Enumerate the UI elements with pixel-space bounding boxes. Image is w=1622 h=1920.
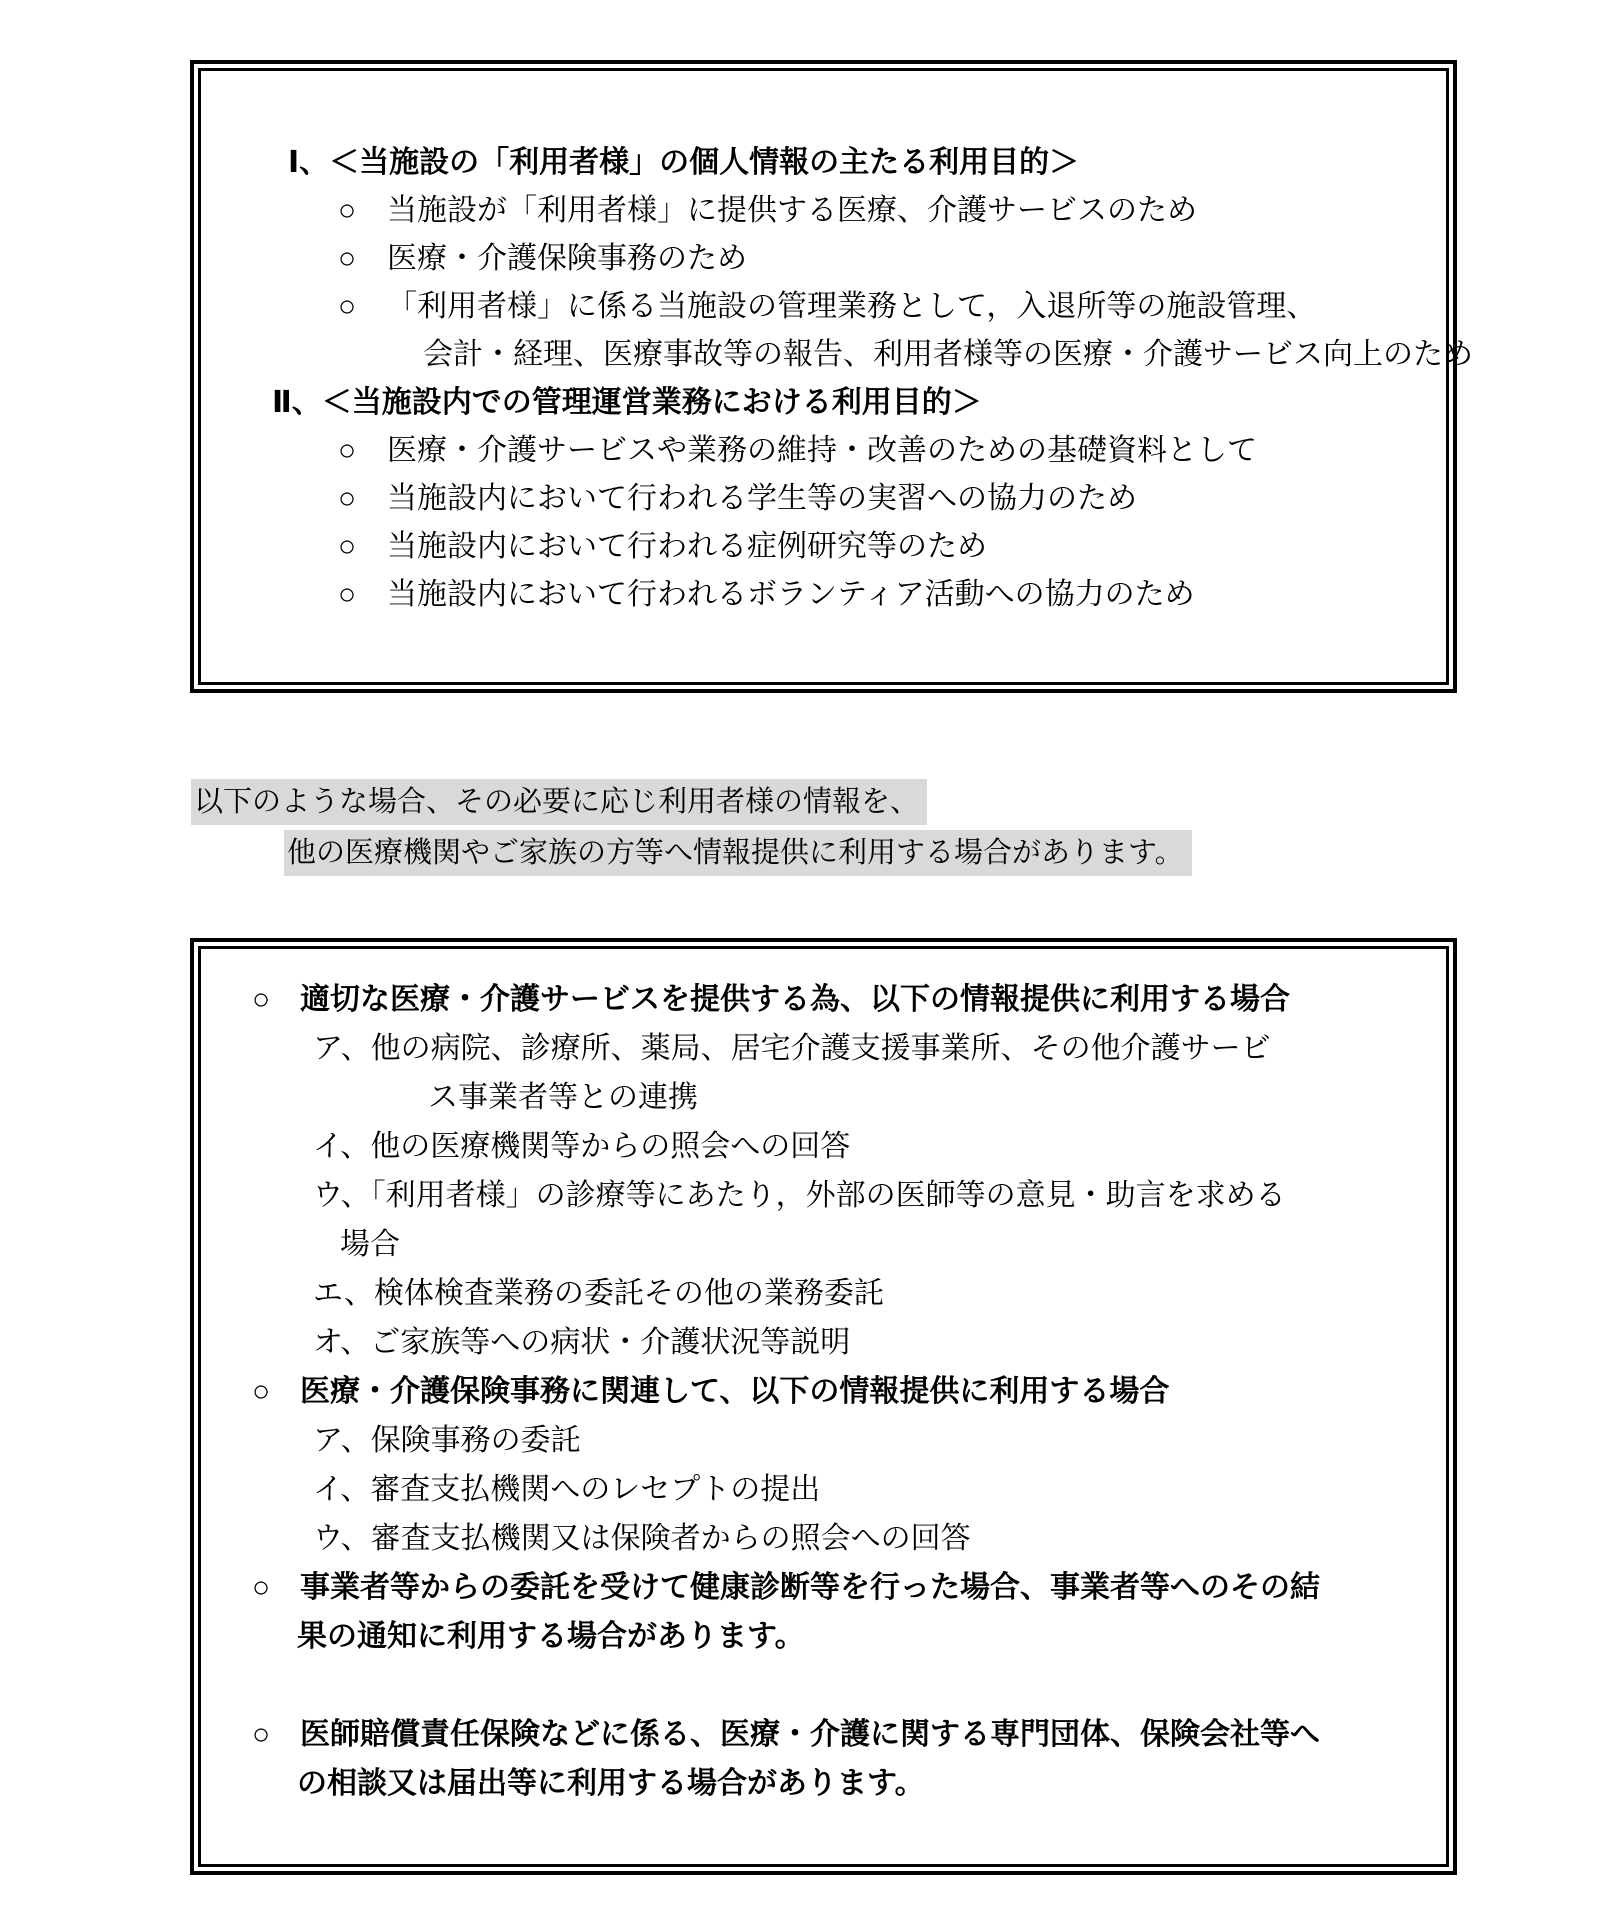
sub-item: ア、他の病院、診療所、薬局、居宅介護支援事業所、その他介護サービ bbox=[201, 1024, 1446, 1073]
circle-bullet-icon: ○ bbox=[252, 1563, 300, 1612]
section-1-heading-text: Ⅰ、＜当施設の「利用者様」の個人情報の主たる利用目的＞ bbox=[288, 146, 1079, 179]
circle-bullet-icon: ○ bbox=[338, 475, 387, 523]
information-provision-content: ○適切な医療・介護サービスを提供する為、以下の情報提供に利用する場合 ア、他の病… bbox=[201, 949, 1446, 1864]
group-3-continuation-text: 果の通知に利用する場合があります。 bbox=[297, 1620, 805, 1653]
usage-purpose-content: Ⅰ、＜当施設の「利用者様」の個人情報の主たる利用目的＞ ○当施設が「利用者様」に… bbox=[201, 71, 1446, 682]
usage-purpose-box-inner-border: Ⅰ、＜当施設の「利用者様」の個人情報の主たる利用目的＞ ○当施設が「利用者様」に… bbox=[198, 68, 1449, 685]
list-item-text: 当施設内において行われるボランティア活動への協力のため bbox=[387, 578, 1195, 611]
list-item-text: 医療・介護サービスや業務の維持・改善のための基礎資料として bbox=[387, 434, 1257, 467]
group-2-title: ○医療・介護保険事務に関連して、以下の情報提供に利用する場合 bbox=[201, 1367, 1446, 1416]
section-1-heading: Ⅰ、＜当施設の「利用者様」の個人情報の主たる利用目的＞ bbox=[201, 139, 1446, 187]
section-2-heading-text: Ⅱ、＜当施設内での管理運営業務における利用目的＞ bbox=[272, 386, 982, 419]
group-1-title-text: 適切な医療・介護サービスを提供する為、以下の情報提供に利用する場合 bbox=[300, 983, 1290, 1016]
sub-item-continuation: 場合 bbox=[201, 1220, 1446, 1269]
circle-bullet-icon: ○ bbox=[252, 975, 300, 1024]
sub-item-text: オ、ご家族等への病状・介護状況等説明 bbox=[313, 1326, 850, 1359]
document-page: Ⅰ、＜当施設の「利用者様」の個人情報の主たる利用目的＞ ○当施設が「利用者様」に… bbox=[0, 0, 1622, 1920]
group-4-title-text: 医師賠償責任保険などに係る、医療・介護に関する専門団体、保険会社等へ bbox=[300, 1718, 1320, 1751]
circle-bullet-icon: ○ bbox=[252, 1710, 300, 1759]
group-4-continuation-text: の相談又は届出等に利用する場合があります。 bbox=[297, 1767, 925, 1800]
sub-item: オ、ご家族等への病状・介護状況等説明 bbox=[201, 1318, 1446, 1367]
section-2-heading: Ⅱ、＜当施設内での管理運営業務における利用目的＞ bbox=[201, 379, 1446, 427]
information-provision-box: ○適切な医療・介護サービスを提供する為、以下の情報提供に利用する場合 ア、他の病… bbox=[190, 938, 1457, 1875]
group-4-continuation: の相談又は届出等に利用する場合があります。 bbox=[201, 1759, 1446, 1808]
list-item-text: 当施設が「利用者様」に提供する医療、介護サービスのため bbox=[387, 194, 1197, 227]
information-provision-box-inner-border: ○適切な医療・介護サービスを提供する為、以下の情報提供に利用する場合 ア、他の病… bbox=[198, 946, 1449, 1867]
sub-item: イ、審査支払機関へのレセプトの提出 bbox=[201, 1465, 1446, 1514]
group-3-title-text: 事業者等からの委託を受けて健康診断等を行った場合、事業者等へのその結 bbox=[300, 1571, 1320, 1604]
sub-item-text: ス事業者等との連携 bbox=[428, 1081, 698, 1114]
sub-item: イ、他の医療機関等からの照会への回答 bbox=[201, 1122, 1446, 1171]
sub-item-text: ウ、「利用者様」の診療等にあたり，外部の医師等の意見・助言を求める bbox=[313, 1179, 1286, 1212]
sub-item-text: 場合 bbox=[340, 1228, 400, 1261]
list-item-text: 会計・経理、医療事故等の報告、利用者様等の医療・介護サービス向上のため bbox=[423, 338, 1473, 371]
group-4-title: ○医師賠償責任保険などに係る、医療・介護に関する専門団体、保険会社等へ bbox=[201, 1710, 1446, 1759]
circle-bullet-icon: ○ bbox=[338, 187, 387, 235]
list-item-text: 「利用者様」に係る当施設の管理業務として，入退所等の施設管理、 bbox=[387, 290, 1316, 323]
circle-bullet-icon: ○ bbox=[338, 427, 387, 475]
list-item: ○当施設内において行われるボランティア活動への協力のため bbox=[201, 571, 1446, 619]
group-1-title: ○適切な医療・介護サービスを提供する為、以下の情報提供に利用する場合 bbox=[201, 975, 1446, 1024]
sub-item-text: イ、審査支払機関へのレセプトの提出 bbox=[313, 1473, 820, 1506]
sub-item-continuation: ス事業者等との連携 bbox=[201, 1073, 1446, 1122]
circle-bullet-icon: ○ bbox=[338, 571, 387, 619]
group-2-title-text: 医療・介護保険事務に関連して、以下の情報提供に利用する場合 bbox=[300, 1375, 1169, 1408]
list-item: ○医療・介護保険事務のため bbox=[201, 235, 1446, 283]
sub-item-text: ア、保険事務の委託 bbox=[313, 1424, 581, 1457]
highlighted-notice-line-1: 以下のような場合、その必要に応じ利用者様の情報を、 bbox=[191, 779, 927, 825]
circle-bullet-icon: ○ bbox=[252, 1367, 300, 1416]
usage-purpose-box: Ⅰ、＜当施設の「利用者様」の個人情報の主たる利用目的＞ ○当施設が「利用者様」に… bbox=[190, 60, 1457, 693]
list-item-text: 当施設内において行われる症例研究等のため bbox=[387, 530, 987, 563]
list-item: ○当施設内において行われる学生等の実習への協力のため bbox=[201, 475, 1446, 523]
sub-item-text: ア、他の病院、診療所、薬局、居宅介護支援事業所、その他介護サービ bbox=[313, 1032, 1271, 1065]
list-item: ○「利用者様」に係る当施設の管理業務として，入退所等の施設管理、 bbox=[201, 283, 1446, 331]
list-item: ○医療・介護サービスや業務の維持・改善のための基礎資料として bbox=[201, 427, 1446, 475]
sub-item: ウ、審査支払機関又は保険者からの照会への回答 bbox=[201, 1514, 1446, 1563]
group-3-continuation: 果の通知に利用する場合があります。 bbox=[201, 1612, 1446, 1661]
group-3-title: ○事業者等からの委託を受けて健康診断等を行った場合、事業者等へのその結 bbox=[201, 1563, 1446, 1612]
list-item-text: 医療・介護保険事務のため bbox=[387, 242, 747, 275]
list-item: ○当施設内において行われる症例研究等のため bbox=[201, 523, 1446, 571]
sub-item-text: エ、検体検査業務の委託その他の業務委託 bbox=[313, 1277, 884, 1310]
sub-item: ウ、「利用者様」の診療等にあたり，外部の医師等の意見・助言を求める bbox=[201, 1171, 1446, 1220]
sub-item: ア、保険事務の委託 bbox=[201, 1416, 1446, 1465]
highlighted-notice-line-2: 他の医療機関やご家族の方等へ情報提供に利用する場合があります。 bbox=[284, 830, 1192, 876]
circle-bullet-icon: ○ bbox=[338, 235, 387, 283]
list-item: ○当施設が「利用者様」に提供する医療、介護サービスのため bbox=[201, 187, 1446, 235]
circle-bullet-icon: ○ bbox=[338, 523, 387, 571]
list-item-text: 当施設内において行われる学生等の実習への協力のため bbox=[387, 482, 1137, 515]
sub-item-text: ウ、審査支払機関又は保険者からの照会への回答 bbox=[313, 1522, 971, 1555]
spacer-row bbox=[201, 1661, 1446, 1710]
sub-item-text: イ、他の医療機関等からの照会への回答 bbox=[313, 1130, 850, 1163]
list-item-continuation: 会計・経理、医療事故等の報告、利用者様等の医療・介護サービス向上のため bbox=[201, 331, 1446, 379]
circle-bullet-icon: ○ bbox=[338, 283, 387, 331]
sub-item: エ、検体検査業務の委託その他の業務委託 bbox=[201, 1269, 1446, 1318]
